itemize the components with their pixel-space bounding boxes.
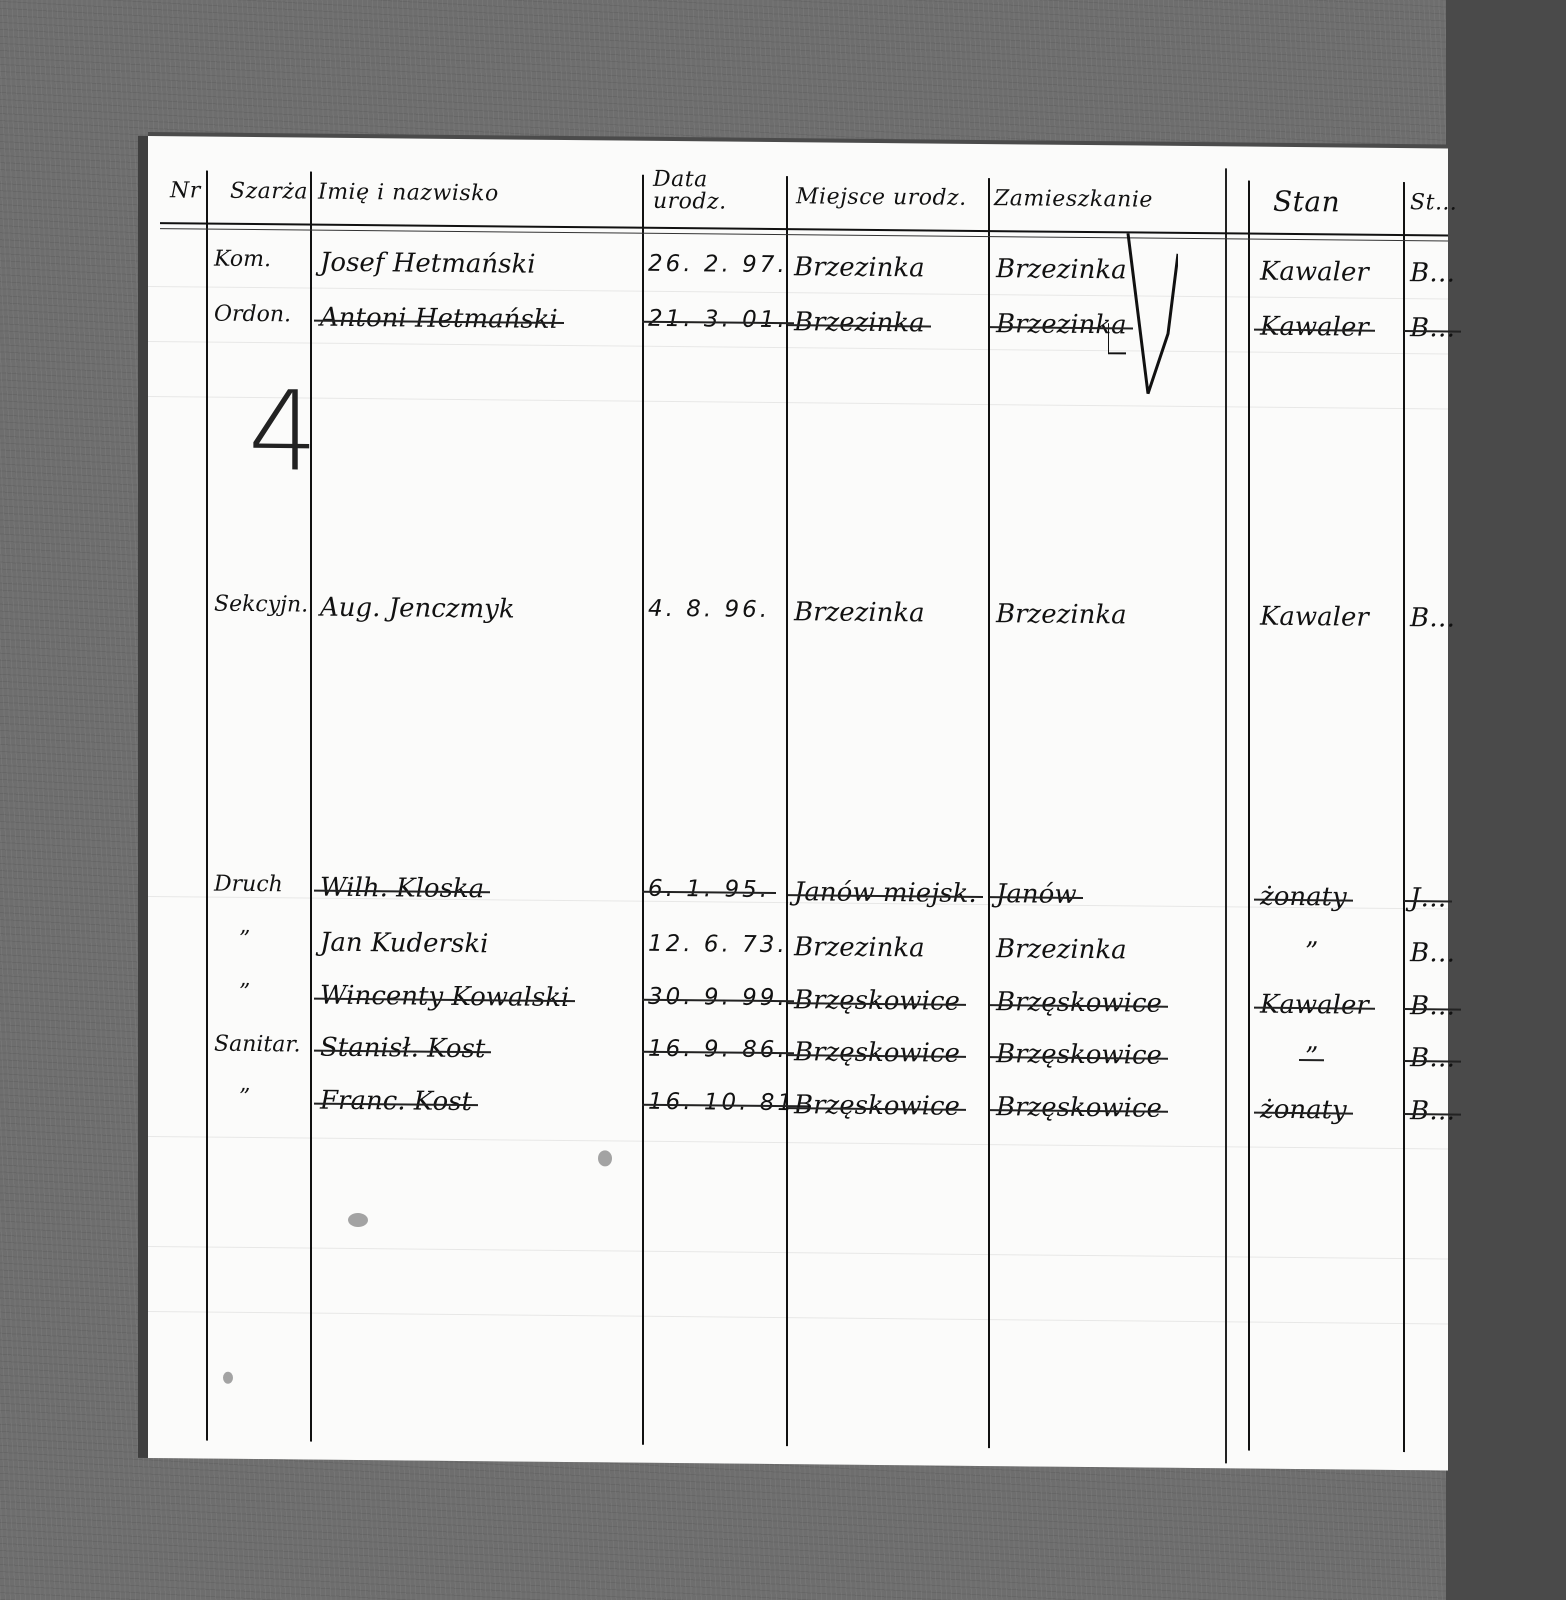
cell-name: Antoni Hetmański	[320, 303, 558, 335]
cell-residence: Brzęskowice	[996, 1039, 1162, 1071]
cell-residence: Janów	[996, 879, 1077, 910]
cell-birthplace: Janów miejsk.	[794, 877, 977, 909]
cell-born: 12. 6. 73.	[648, 931, 788, 958]
cell-stan: Kawaler	[1260, 312, 1369, 343]
ledger-rows: Kom.Josef Hetmański26. 2. 97.BrzezinkaBr…	[148, 136, 1448, 148]
cell-stan: Kawaler	[1260, 257, 1369, 288]
cell-residence: Brzęskowice	[996, 987, 1162, 1019]
column-rule	[206, 171, 208, 1441]
cell-name: Stanisł. Kost	[320, 1033, 485, 1065]
cell-next: B…	[1410, 991, 1455, 1021]
header-birthplace: Miejsce urodz.	[796, 184, 967, 211]
cell-born: 6. 1. 95.	[648, 876, 770, 903]
ledger-row: Kom.Josef Hetmański26. 2. 97.BrzezinkaBr…	[148, 136, 1448, 148]
ruled-line	[148, 1311, 1448, 1324]
book-gutter	[1225, 168, 1227, 1463]
header-residence: Zamieszkanie	[994, 186, 1153, 213]
ruled-line	[148, 1246, 1448, 1259]
cell-stan: żonaty	[1260, 882, 1347, 913]
header-szarza: Szarża	[230, 179, 308, 205]
cell-birthplace: Brzezinka	[794, 252, 925, 283]
ledger-row: Ordon.Antoni Hetmański21. 3. 01.Brzezink…	[148, 136, 1448, 148]
cell-name: Wincenty Kowalski	[320, 981, 569, 1013]
column-rule	[786, 176, 788, 1446]
cell-stan: ”	[1305, 937, 1318, 967]
paper-stain	[348, 1213, 368, 1227]
header-birthdate-line2: urodz.	[653, 191, 727, 214]
cell-birthplace: Brzęskowice	[794, 1090, 960, 1122]
ruled-line	[148, 286, 1448, 299]
header-birthdate: Data urodz.	[653, 169, 727, 214]
ledger-page: Nr Szarża Imię i nazwisko Data urodz. Mi…	[148, 136, 1448, 1470]
header-stan: Stan	[1273, 185, 1340, 219]
cell-birthplace: Brzęskowice	[794, 985, 960, 1017]
cell-name: Jan Kuderski	[320, 928, 488, 960]
cell-next: B…	[1410, 313, 1455, 343]
cell-szarza: Kom.	[214, 247, 271, 273]
cell-name: Aug. Jenczmyk	[320, 593, 515, 625]
cell-next: B…	[1410, 938, 1455, 968]
cell-residence: Brzezinka	[996, 934, 1127, 965]
cell-stan: Kawaler	[1260, 602, 1369, 633]
column-rule	[988, 178, 990, 1448]
header-next-partial: St…	[1410, 190, 1457, 215]
cell-birthplace: Brzezinka	[794, 932, 925, 963]
cell-szarza: ”	[239, 980, 250, 1005]
cell-birthplace: Brzezinka	[794, 307, 925, 338]
header-name: Imię i nazwisko	[318, 180, 499, 207]
ruled-line	[148, 1136, 1448, 1149]
cell-name: Franc. Kost	[320, 1086, 472, 1117]
cell-next: J…	[1410, 883, 1446, 913]
cell-next: B…	[1410, 603, 1455, 633]
cell-born: 16. 10. 81.	[648, 1089, 805, 1117]
cell-name: Wilh. Kloska	[320, 873, 484, 905]
cell-next: B…	[1410, 258, 1455, 288]
cell-szarza: Druch	[214, 872, 283, 898]
ledger-row: DruchWilh. Kloska6. 1. 95.Janów miejsk.J…	[148, 136, 1448, 148]
cell-szarza: ”	[239, 927, 250, 952]
cell-residence: Brzezinka	[996, 254, 1127, 285]
scanner-background-strip	[1446, 0, 1566, 1600]
cell-stan: Kawaler	[1260, 990, 1369, 1021]
column-rule	[642, 175, 644, 1445]
cell-szarza: Sekcyjn.	[214, 592, 308, 618]
cell-szarza: Sanitar.	[214, 1032, 300, 1058]
paper-stain	[598, 1150, 612, 1166]
header-nr: Nr	[170, 178, 201, 203]
ledger-row: Sekcyjn.Aug. Jenczmyk4. 8. 96.BrzezinkaB…	[148, 136, 1448, 148]
column-rule	[1248, 181, 1250, 1451]
cell-residence: Brzęskowice	[996, 1092, 1162, 1124]
cell-next: B…	[1410, 1043, 1455, 1073]
ledger-row: ”Jan Kuderski12. 6. 73.BrzezinkaBrzezink…	[148, 136, 1448, 148]
ledger-row: Sanitar.Stanisł. Kost16. 9. 86.Brzęskowi…	[148, 136, 1448, 148]
ruled-line	[148, 341, 1448, 354]
ledger-row: ”Franc. Kost16. 10. 81.BrzęskowiceBrzęsk…	[148, 136, 1448, 148]
cell-born: 21. 3. 01.	[648, 306, 788, 333]
cell-birthplace: Brzęskowice	[794, 1037, 960, 1069]
cell-born: 30. 9. 99.	[648, 984, 788, 1011]
cell-name: Josef Hetmański	[320, 248, 536, 280]
cell-born: 26. 2. 97.	[648, 251, 788, 278]
margin-annotation: 4	[248, 367, 318, 496]
cell-stan: żonaty	[1260, 1095, 1347, 1126]
cell-residence: Brzezinka	[996, 309, 1127, 340]
column-rule	[310, 172, 312, 1442]
cell-stan: ”	[1305, 1042, 1318, 1072]
ledger-row: ”Wincenty Kowalski30. 9. 99.BrzęskowiceB…	[148, 136, 1448, 148]
cell-born: 4. 8. 96.	[648, 596, 770, 623]
ruled-line	[148, 396, 1448, 409]
cell-birthplace: Brzezinka	[794, 597, 925, 628]
cell-szarza: Ordon.	[214, 302, 291, 328]
cell-szarza: ”	[239, 1085, 250, 1110]
cell-residence: Brzezinka	[996, 599, 1127, 630]
cell-born: 16. 9. 86.	[648, 1036, 788, 1063]
paper-stain	[223, 1372, 233, 1384]
cell-next: B…	[1410, 1096, 1455, 1126]
column-rule	[1403, 182, 1405, 1452]
